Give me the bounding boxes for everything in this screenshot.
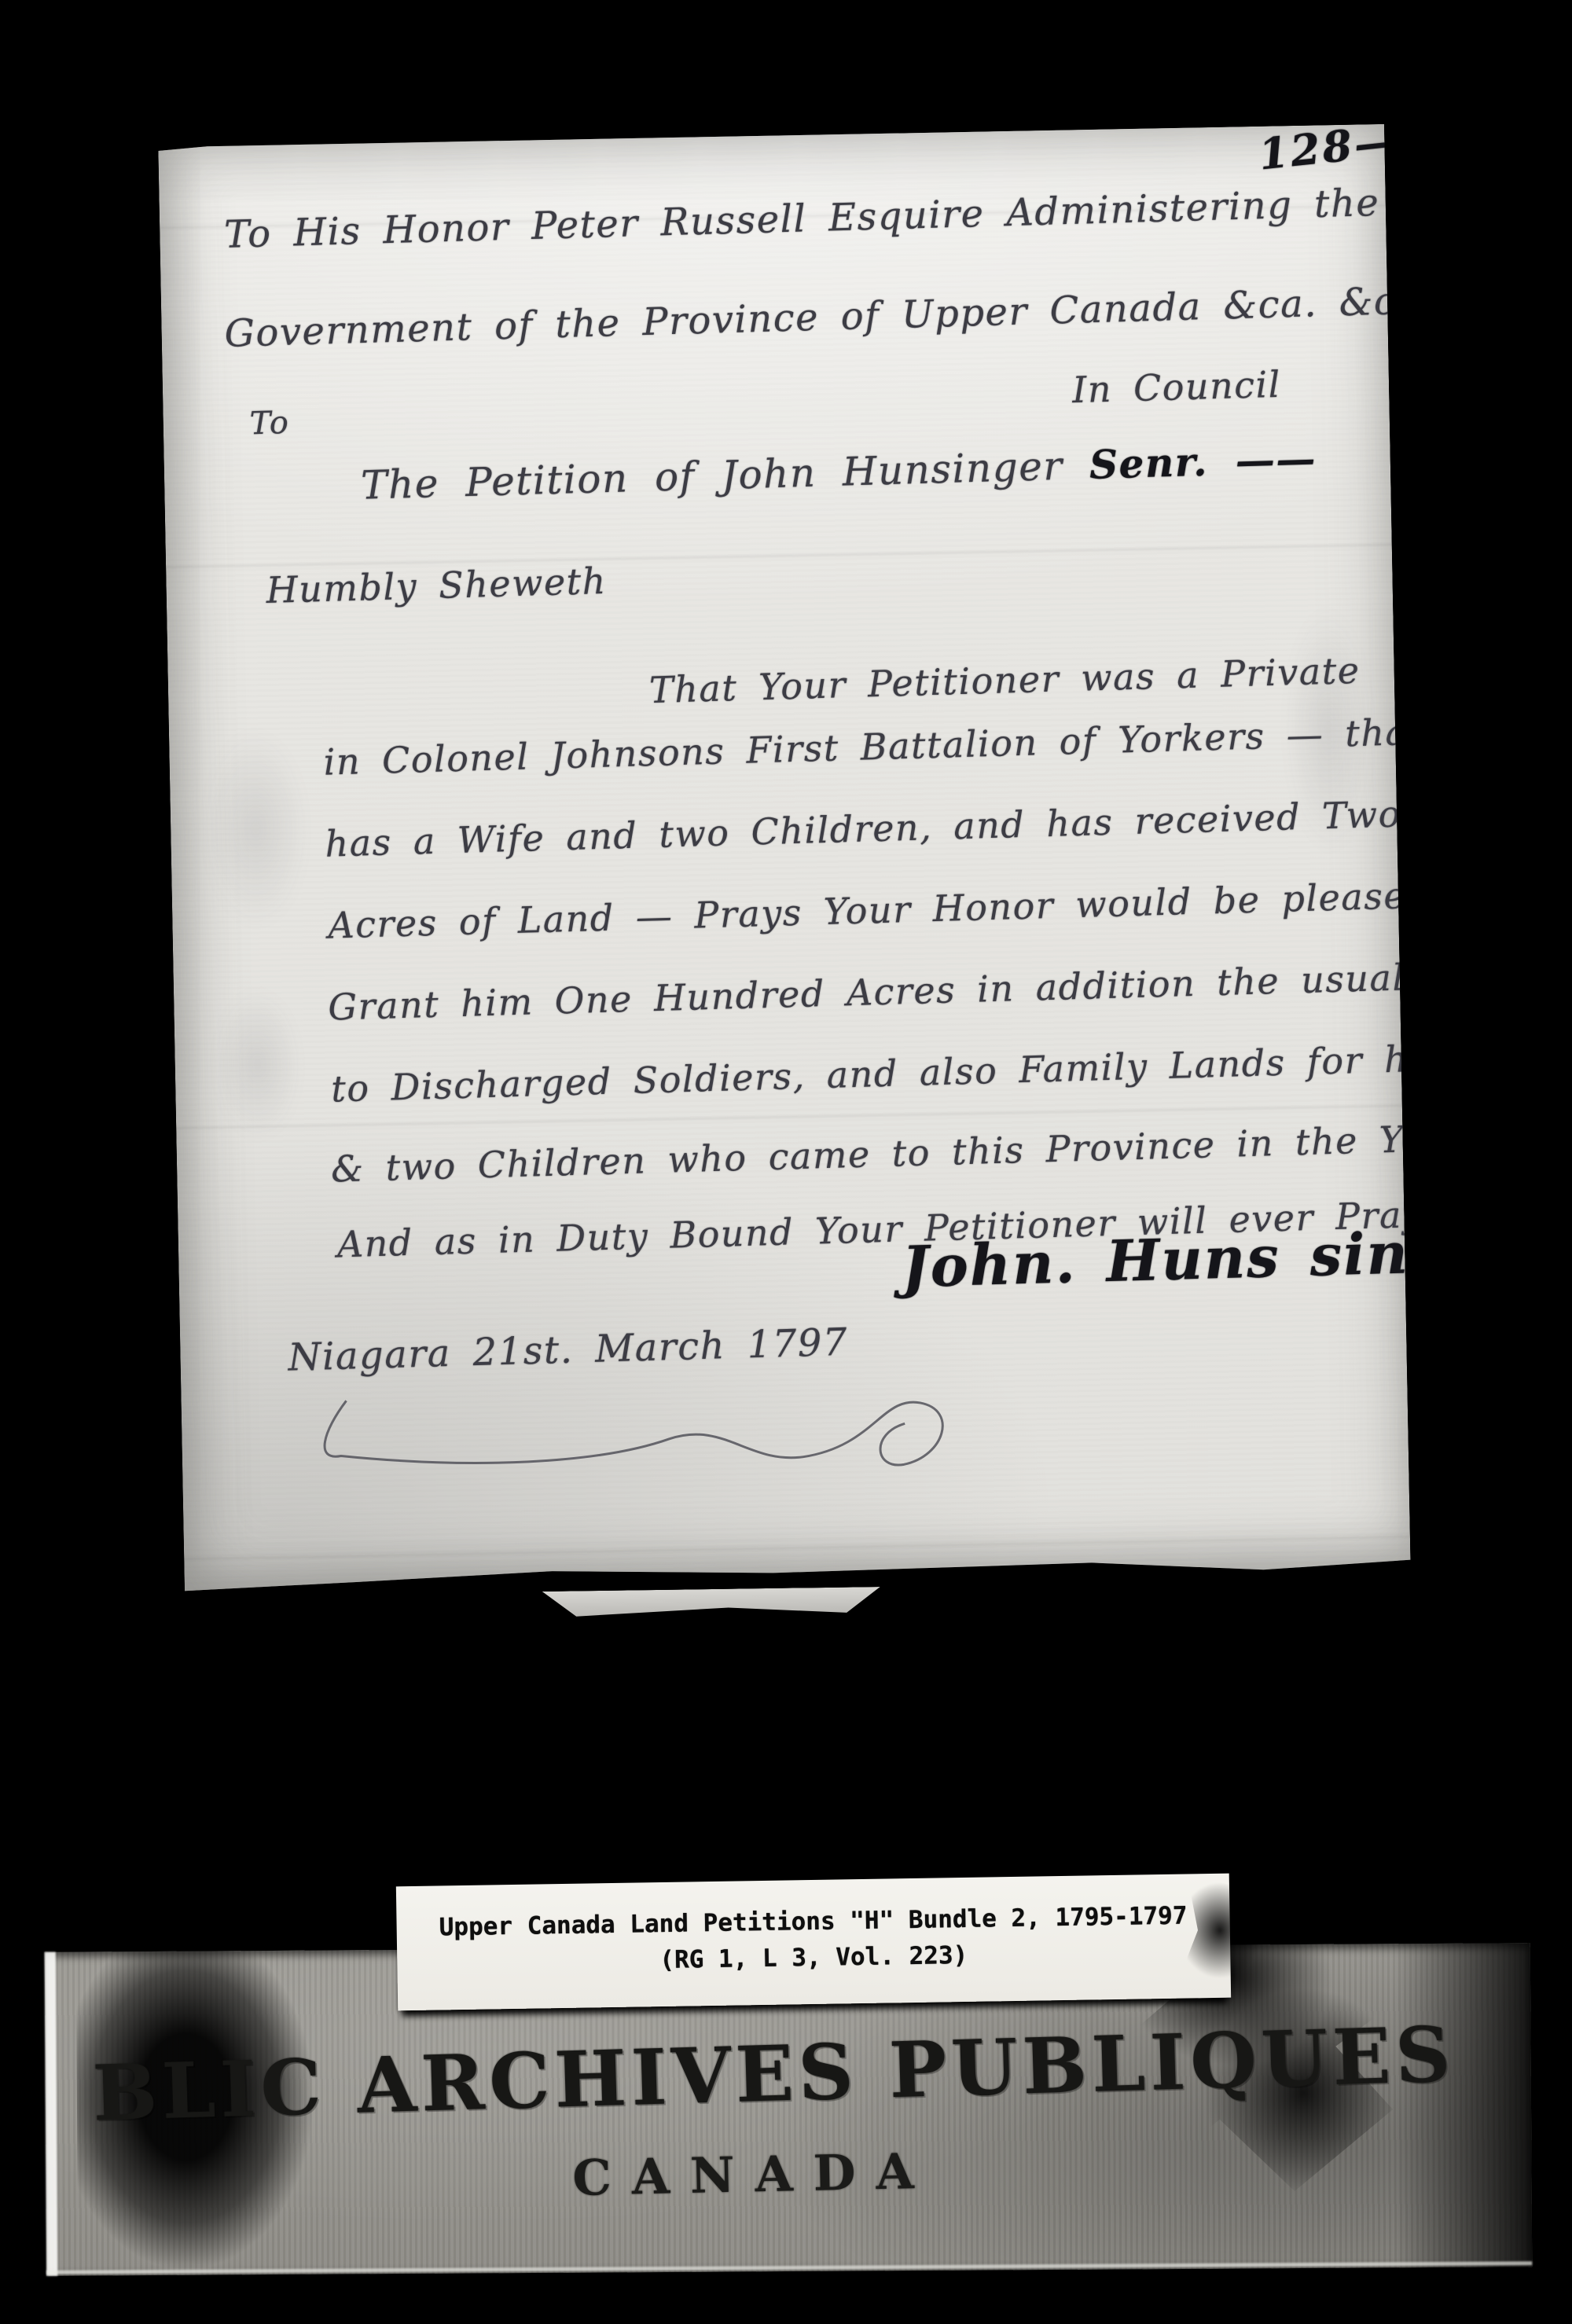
in-council-note: In Council: [1071, 363, 1281, 411]
salutation: Humbly Sheweth: [266, 560, 608, 611]
dateline: Niagara 21st. March 1797: [288, 1320, 849, 1380]
banner-dark-blotch-right: [1393, 1943, 1533, 2267]
paper-crease: [184, 1536, 1410, 1561]
petition-title-suffix: Senr. ——: [1089, 435, 1317, 488]
petition-title-text: The Petition of John Hunsinger: [360, 443, 1063, 508]
paper-smudge: [196, 961, 318, 1168]
paper-crease: [166, 544, 1392, 569]
petition-body-line: That Your Petitioner was a Private: [648, 649, 1361, 711]
petition-page: 128— To His Honor Peter Russell Esquire …: [158, 124, 1410, 1592]
petition-body-line: to Discharged Soldiers, and also Family …: [331, 1034, 1551, 1110]
archive-reference-label: Upper Canada Land Petitions "H" Bundle 2…: [396, 1874, 1231, 2011]
petition-title: The Petition of John Hunsinger Senr. ——: [360, 435, 1317, 508]
petition-body-line: Grant him One Hundred Acres in addition …: [328, 950, 1572, 1029]
petition-body-line: Acres of Land — Prays Your Honor would b…: [328, 872, 1491, 946]
petition-body-line: has a Wife and two Children, and has rec…: [325, 788, 1572, 865]
margin-mark: To: [249, 405, 290, 442]
paper-fold-edge: [542, 1587, 880, 1618]
signature-flourish: [299, 1388, 977, 1487]
banner-edge-highlight: [45, 1952, 58, 2276]
scan-background: { "page_number": "128—", "petition": { "…: [0, 0, 1572, 2324]
page-number: 128—: [1256, 115, 1401, 179]
paper-smudge: [182, 694, 329, 964]
petition-body-line: & two Children who came to this Province…: [330, 1113, 1572, 1190]
address-line-1: To His Honor Peter Russell Esquire Admin…: [224, 181, 1380, 257]
address-line-2: Government of the Province of Upper Cana…: [224, 278, 1434, 356]
